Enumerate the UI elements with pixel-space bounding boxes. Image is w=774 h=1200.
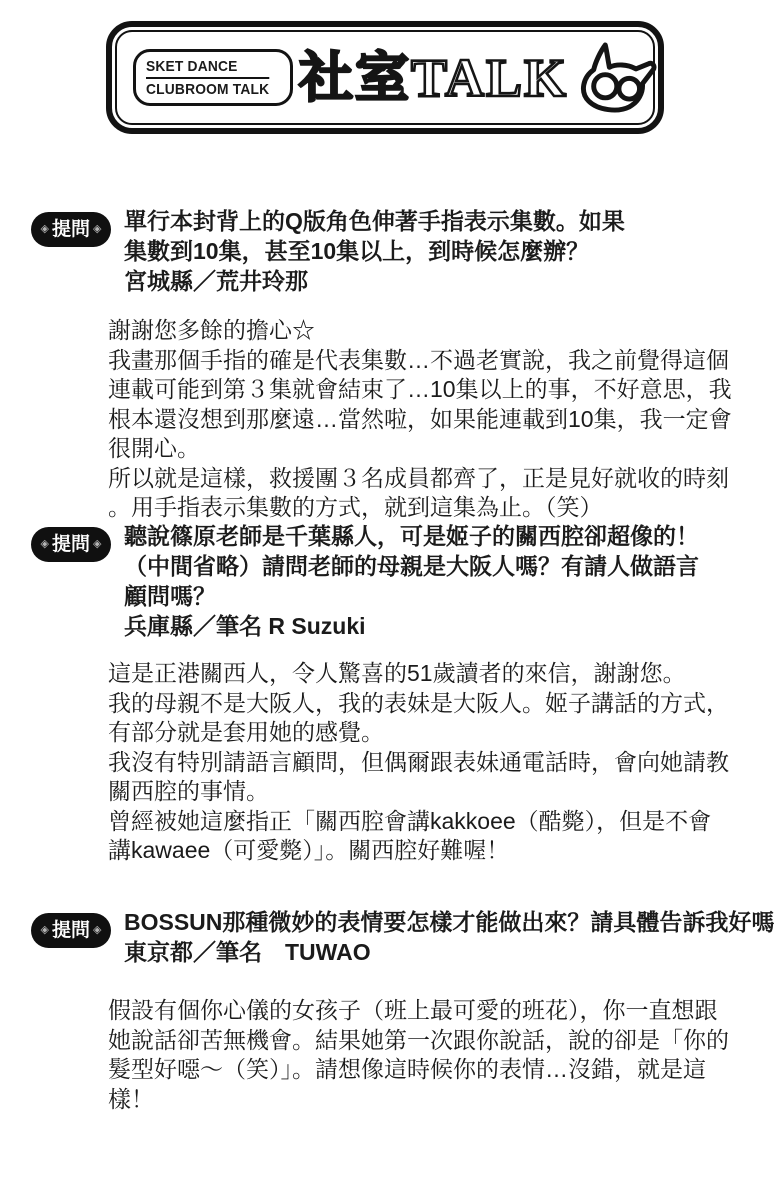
question-attribution: 兵庫縣／筆名 R Suzuki [124,611,746,641]
question-line: BOSSUN那種微妙的表情要怎樣才能做出來？請具體告訴我好嗎？ [124,907,746,937]
question-badge-label: 提問 [52,535,90,554]
answer-block: 謝謝您多餘的擔心☆ 我畫那個手指的確是代表集數…不過老實說，我之前覺得這個 連載… [108,316,752,523]
diamond-ornament-icon: ◈ [93,539,101,550]
answer-line: 很開心。 [108,434,752,464]
logo-line2: CLUBROOM TALK [146,79,269,98]
question-block: 單行本封背上的Q版角色伸著手指表示集數。如果 集數到10集，甚至10集以上，到時… [124,206,746,296]
question-block: 聽說篠原老師是千葉縣人，可是姬子的關西腔卻超像的！ （中間省略）請問老師的母親是… [124,521,746,641]
answer-line: 。用手指表示集數的方式，就到這集為止。（笑） [108,493,752,523]
answer-line: 謝謝您多餘的擔心☆ [108,316,752,346]
question-badge: ◈ 提問 ◈ [31,212,111,247]
answer-line: 連載可能到第３集就會結束了…10集以上的事，不好意思，我 [108,375,752,405]
question-badge: ◈ 提問 ◈ [31,527,111,562]
cat-goggles-icon [574,40,658,116]
sket-dance-logo: SKET DANCE CLUBROOM TALK [133,49,293,106]
answer-line: 所以就是這樣，救援團３名成員都齊了，正是見好就收的時刻 [108,464,752,494]
answer-line: 這是正港關西人，令人驚喜的51歲讀者的來信，謝謝您。 [108,659,752,689]
diamond-ornament-icon: ◈ [41,925,49,936]
answer-line: 髮型好噁～（笑）」。請想像這時候你的表情…沒錯，就是這 [108,1055,752,1085]
answer-line: 我的母親不是大阪人，我的表妹是大阪人。姬子講話的方式， [108,689,752,719]
question-line: （中間省略）請問老師的母親是大阪人嗎？有請人做語言 [124,551,746,581]
diamond-ornament-icon: ◈ [41,539,49,550]
question-attribution: 東京都／筆名 TUWAO [124,937,746,967]
logo-line1: SKET DANCE [146,58,269,79]
question-badge: ◈ 提問 ◈ [31,913,111,948]
question-attribution: 宮城縣／荒井玲那 [124,266,746,296]
answer-line: 我沒有特別請語言顧問，但偶爾跟表妹通電話時，會向她請教 [108,748,752,778]
diamond-ornament-icon: ◈ [41,224,49,235]
answer-line: 曾經被她這麼指正「關西腔會講kakkoee（酷斃），但是不會 [108,807,752,837]
diamond-ornament-icon: ◈ [93,224,101,235]
answer-line: 講kawaee（可愛斃）」。關西腔好難喔！ [108,836,752,866]
page-title: 社室TALK [299,51,568,105]
answer-line: 我畫那個手指的確是代表集數…不過老實說，我之前覺得這個 [108,346,752,376]
answer-line: 根本還沒想到那麼遠…當然啦，如果能連載到10集，我一定會 [108,405,752,435]
question-badge-label: 提問 [52,921,90,940]
answer-line: 她說話卻苦無機會。結果她第一次跟你說話，說的卻是「你的 [108,1026,752,1056]
diamond-ornament-icon: ◈ [93,925,101,936]
answer-line: 關西腔的事情。 [108,777,752,807]
answer-line: 樣！ [108,1085,752,1115]
answer-block: 假設有個你心儀的女孩子（班上最可愛的班花），你一直想跟 她說話卻苦無機會。結果她… [108,996,752,1114]
question-block: BOSSUN那種微妙的表情要怎樣才能做出來？請具體告訴我好嗎？ 東京都／筆名 T… [124,907,746,967]
question-line: 單行本封背上的Q版角色伸著手指表示集數。如果 [124,206,746,236]
answer-block: 這是正港關西人，令人驚喜的51歲讀者的來信，謝謝您。 我的母親不是大阪人，我的表… [108,659,752,866]
question-badge-label: 提問 [52,220,90,239]
answer-line: 有部分就是套用她的感覺。 [108,718,752,748]
header-banner: SKET DANCE CLUBROOM TALK 社室TALK [106,21,664,134]
question-line: 顧問嗎？ [124,581,746,611]
question-line: 集數到10集，甚至10集以上，到時候怎麼辦？ [124,236,746,266]
header-banner-inner: SKET DANCE CLUBROOM TALK 社室TALK [115,30,655,125]
answer-line: 假設有個你心儀的女孩子（班上最可愛的班花），你一直想跟 [108,996,752,1026]
question-line: 聽說篠原老師是千葉縣人，可是姬子的關西腔卻超像的！ [124,521,746,551]
manga-qa-page: SKET DANCE CLUBROOM TALK 社室TALK ◈ 提問 ◈ 單… [0,0,774,1200]
